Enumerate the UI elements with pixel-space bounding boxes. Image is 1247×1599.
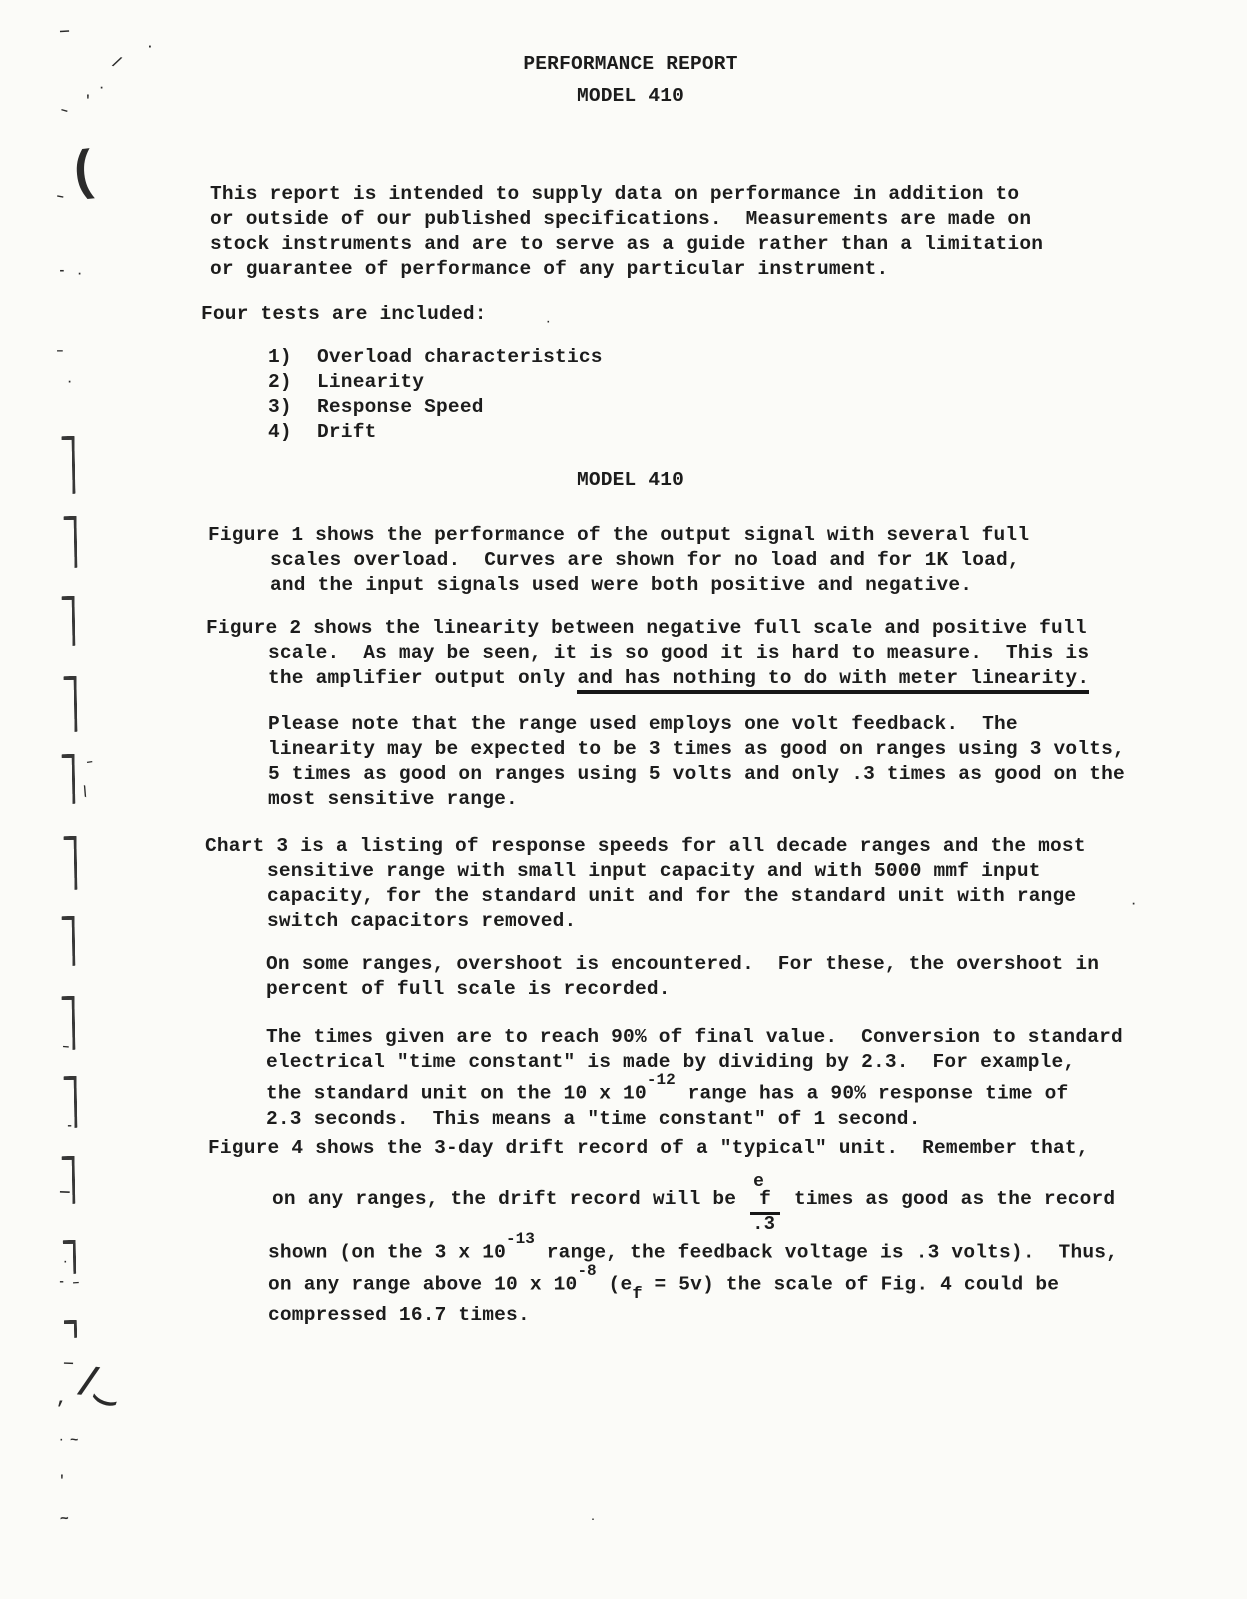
pencil-mark: –	[62, 1040, 71, 1054]
pencil-mark: ~	[59, 1512, 70, 1528]
text-segment: range, the feedback voltage is .3 volts)…	[535, 1242, 1118, 1264]
text-line: This report is intended to supply data o…	[210, 182, 1043, 207]
pencil-mark: /	[74, 1365, 102, 1407]
text-line: on any range above 10 x 10-8 (ef = 5v) t…	[268, 1266, 1118, 1303]
text-line: the standard unit on the 10 x 10-12 rang…	[266, 1075, 1123, 1107]
test-item-label: Drift	[317, 421, 377, 443]
section-heading: MODEL 410	[0, 468, 1247, 493]
intro-paragraph: This report is intended to supply data o…	[210, 182, 1043, 282]
text-segment: range has a 90% response time of	[676, 1083, 1069, 1105]
test-item-label: Linearity	[317, 371, 424, 393]
text-line: compressed 16.7 times.	[268, 1303, 1118, 1328]
pencil-mark: ·	[590, 1516, 596, 1526]
margin-tick-mark	[64, 1076, 78, 1128]
text-line: Figure 1 shows the performance of the ou…	[208, 523, 1029, 548]
pencil-mark: \	[78, 785, 91, 801]
pencil-mark: —	[64, 1356, 74, 1371]
text-line: Figure 2 shows the linearity between neg…	[206, 616, 1089, 641]
pencil-mark: –	[72, 1276, 81, 1290]
test-item-number: 2)	[268, 370, 317, 395]
pencil-mark: ·	[76, 268, 83, 280]
pencil-mark: –	[55, 189, 66, 204]
pencil-mark: -	[58, 1276, 65, 1288]
pencil-mark: '	[58, 1474, 66, 1487]
test-item: 3)Response Speed	[268, 395, 603, 420]
text-line: electrical "time constant" is made by di…	[266, 1050, 1123, 1075]
pencil-mark: ~	[70, 1434, 78, 1448]
figure2-paragraph: Figure 2 shows the linearity between neg…	[206, 616, 1089, 691]
text-line: sensitive range with small input capacit…	[205, 859, 1086, 884]
response-time-paragraph: The times given are to reach 90% of fina…	[266, 1025, 1123, 1132]
figure1-paragraph: Figure 1 shows the performance of the ou…	[208, 523, 1029, 598]
section-heading-text: MODEL 410	[14, 468, 1247, 493]
test-item-label: Response Speed	[317, 396, 484, 418]
pencil-mark: ·	[66, 376, 73, 388]
tests-heading: Four tests are included:	[201, 302, 487, 327]
report-title-text: PERFORMANCE REPORT	[14, 52, 1247, 77]
text-line: on any ranges, the drift record will be …	[272, 1187, 1115, 1215]
pencil-mark: –	[56, 344, 64, 357]
chart3-paragraph: Chart 3 is a listing of response speeds …	[205, 834, 1086, 934]
test-item: 4)Drift	[268, 420, 603, 445]
text-segment: (e	[597, 1273, 633, 1295]
text-line: 5 times as good on ranges using 5 volts …	[268, 762, 1125, 787]
scanned-report-page: PERFORMANCE REPORT MODEL 410 This report…	[0, 0, 1247, 1599]
text-line: The times given are to reach 90% of fina…	[266, 1025, 1123, 1050]
report-subtitle-text: MODEL 410	[14, 84, 1247, 109]
margin-tick-mark	[62, 596, 76, 646]
test-item-number: 4)	[268, 420, 317, 445]
text-line: scales overload. Curves are shown for no…	[208, 548, 1029, 573]
tests-list: 1)Overload characteristics 2)Linearity 3…	[268, 345, 603, 445]
exponent: -12	[647, 1071, 676, 1089]
text-segment: = 5v) the scale of Fig. 4 could be	[643, 1273, 1060, 1295]
margin-tick-mark	[63, 1240, 77, 1274]
fraction-numerator: e	[753, 1170, 764, 1195]
text-line: the amplifier output only and has nothin…	[206, 666, 1089, 691]
margin-tick-mark	[62, 754, 76, 804]
test-item: 1)Overload characteristics	[268, 345, 603, 370]
pencil-mark: ·	[62, 1258, 69, 1269]
text-line: capacity, for the standard unit and for …	[205, 884, 1086, 909]
margin-tick-mark	[62, 996, 76, 1050]
margin-tick-mark	[62, 1156, 76, 1204]
text-segment: times as good as the record	[782, 1188, 1115, 1210]
text-line: On some ranges, overshoot is encountered…	[266, 952, 1099, 977]
figure4-tail-lines: shown (on the 3 x 10-13 range, the feedb…	[268, 1234, 1118, 1328]
feedback-note-paragraph: Please note that the range used employs …	[268, 712, 1125, 812]
text-line: or guarantee of performance of any parti…	[210, 257, 1043, 282]
text-line: most sensitive range.	[268, 787, 1125, 812]
text-segment: the standard unit on the 10 x 10	[266, 1083, 647, 1105]
text-line: shown (on the 3 x 10-13 range, the feedb…	[268, 1234, 1118, 1266]
exponent: -13	[506, 1230, 535, 1248]
underlined-phrase: and has nothing to do with meter lineari…	[577, 667, 1089, 694]
pencil-mark: (	[89, 1389, 119, 1413]
pencil-mark: —	[60, 24, 70, 39]
pencil-mark: —	[60, 1184, 70, 1200]
exponent: -8	[577, 1262, 596, 1280]
report-title: PERFORMANCE REPORT	[0, 52, 1247, 77]
text-line: Four tests are included:	[201, 302, 487, 327]
pencil-mark: ·	[545, 318, 552, 329]
text-line: or outside of our published specificatio…	[210, 207, 1043, 232]
test-item-label: Overload characteristics	[317, 346, 603, 368]
text-line: linearity may be expected to be 3 times …	[268, 737, 1125, 762]
pencil-mark: -	[58, 264, 66, 277]
margin-tick-mark	[64, 676, 78, 732]
text-line: Figure 4 shows the 3-day drift record of…	[208, 1136, 1089, 1161]
test-item-number: 3)	[268, 395, 317, 420]
report-subtitle: MODEL 410	[0, 84, 1247, 109]
margin-tick-mark	[64, 1320, 77, 1338]
text-segment: on any range above 10 x 10	[268, 1273, 577, 1295]
margin-tick-mark	[64, 836, 78, 890]
pencil-mark: -	[66, 1120, 73, 1132]
text-line: Chart 3 is a listing of response speeds …	[205, 834, 1086, 859]
margin-tick-mark	[62, 916, 76, 966]
test-item-number: 1)	[268, 345, 317, 370]
pencil-mark: (	[65, 146, 103, 203]
test-item: 2)Linearity	[268, 370, 603, 395]
text-line: percent of full scale is recorded.	[266, 977, 1099, 1002]
pencil-mark: ·	[58, 1436, 65, 1447]
subscript: f	[632, 1285, 642, 1304]
text-segment: shown (on the 3 x 10	[268, 1242, 506, 1264]
text-segment: the amplifier output only	[268, 667, 577, 689]
pencil-mark: –	[85, 756, 94, 769]
margin-tick-mark	[64, 516, 78, 568]
pencil-mark: ,	[56, 1390, 67, 1408]
figure4-fraction-line: on any ranges, the drift record will be …	[272, 1187, 1115, 1215]
figure4-lead-line: Figure 4 shows the 3-day drift record of…	[208, 1136, 1089, 1161]
pencil-mark: ·	[1130, 898, 1137, 910]
typewritten-fraction: ef.3	[748, 1187, 782, 1215]
text-line: 2.3 seconds. This means a "time constant…	[266, 1107, 1123, 1132]
overshoot-paragraph: On some ranges, overshoot is encountered…	[266, 952, 1099, 1002]
text-line: Please note that the range used employs …	[268, 712, 1125, 737]
text-line: stock instruments and are to serve as a …	[210, 232, 1043, 257]
text-segment: on any ranges, the drift record will be	[272, 1188, 748, 1210]
text-line: scale. As may be seen, it is so good it …	[206, 641, 1089, 666]
text-line: and the input signals used were both pos…	[208, 573, 1029, 598]
text-line: switch capacitors removed.	[205, 909, 1086, 934]
